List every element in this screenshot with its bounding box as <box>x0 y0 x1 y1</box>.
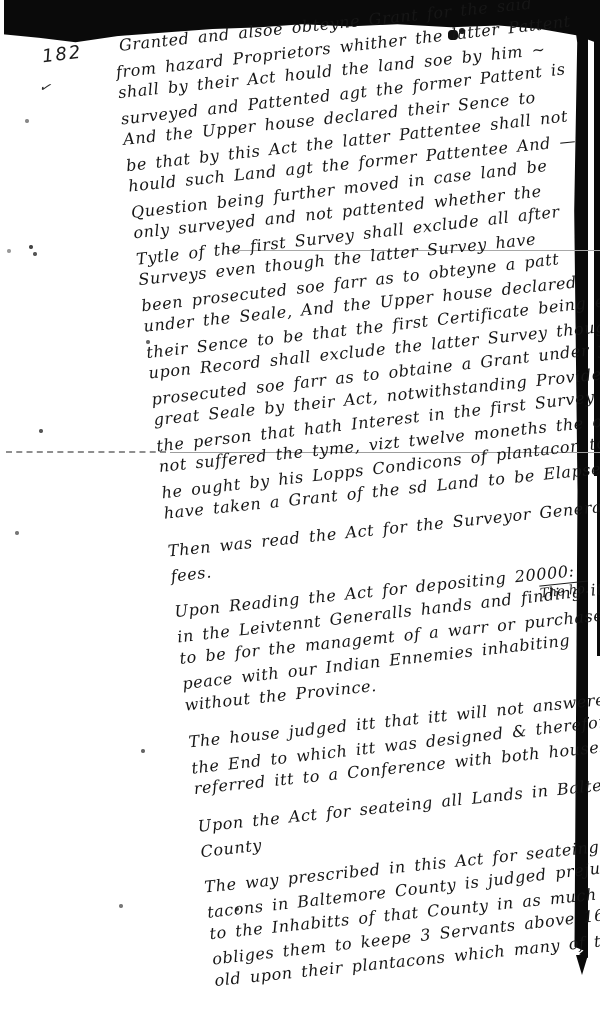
scan-streak-line-dashed <box>6 451 166 453</box>
page-number: 182 <box>41 42 84 68</box>
paragraph: Granted and alsoe obteyne Grant for the … <box>112 0 600 527</box>
check-mark-icon: ✓ <box>37 79 55 97</box>
scan-speckles <box>0 0 2 2</box>
manuscript-page: 182 ✓ Granted and alsoe obteyne Grant fo… <box>0 0 600 1026</box>
manuscript-text: Granted and alsoe obteyne Grant for the … <box>112 0 600 1007</box>
